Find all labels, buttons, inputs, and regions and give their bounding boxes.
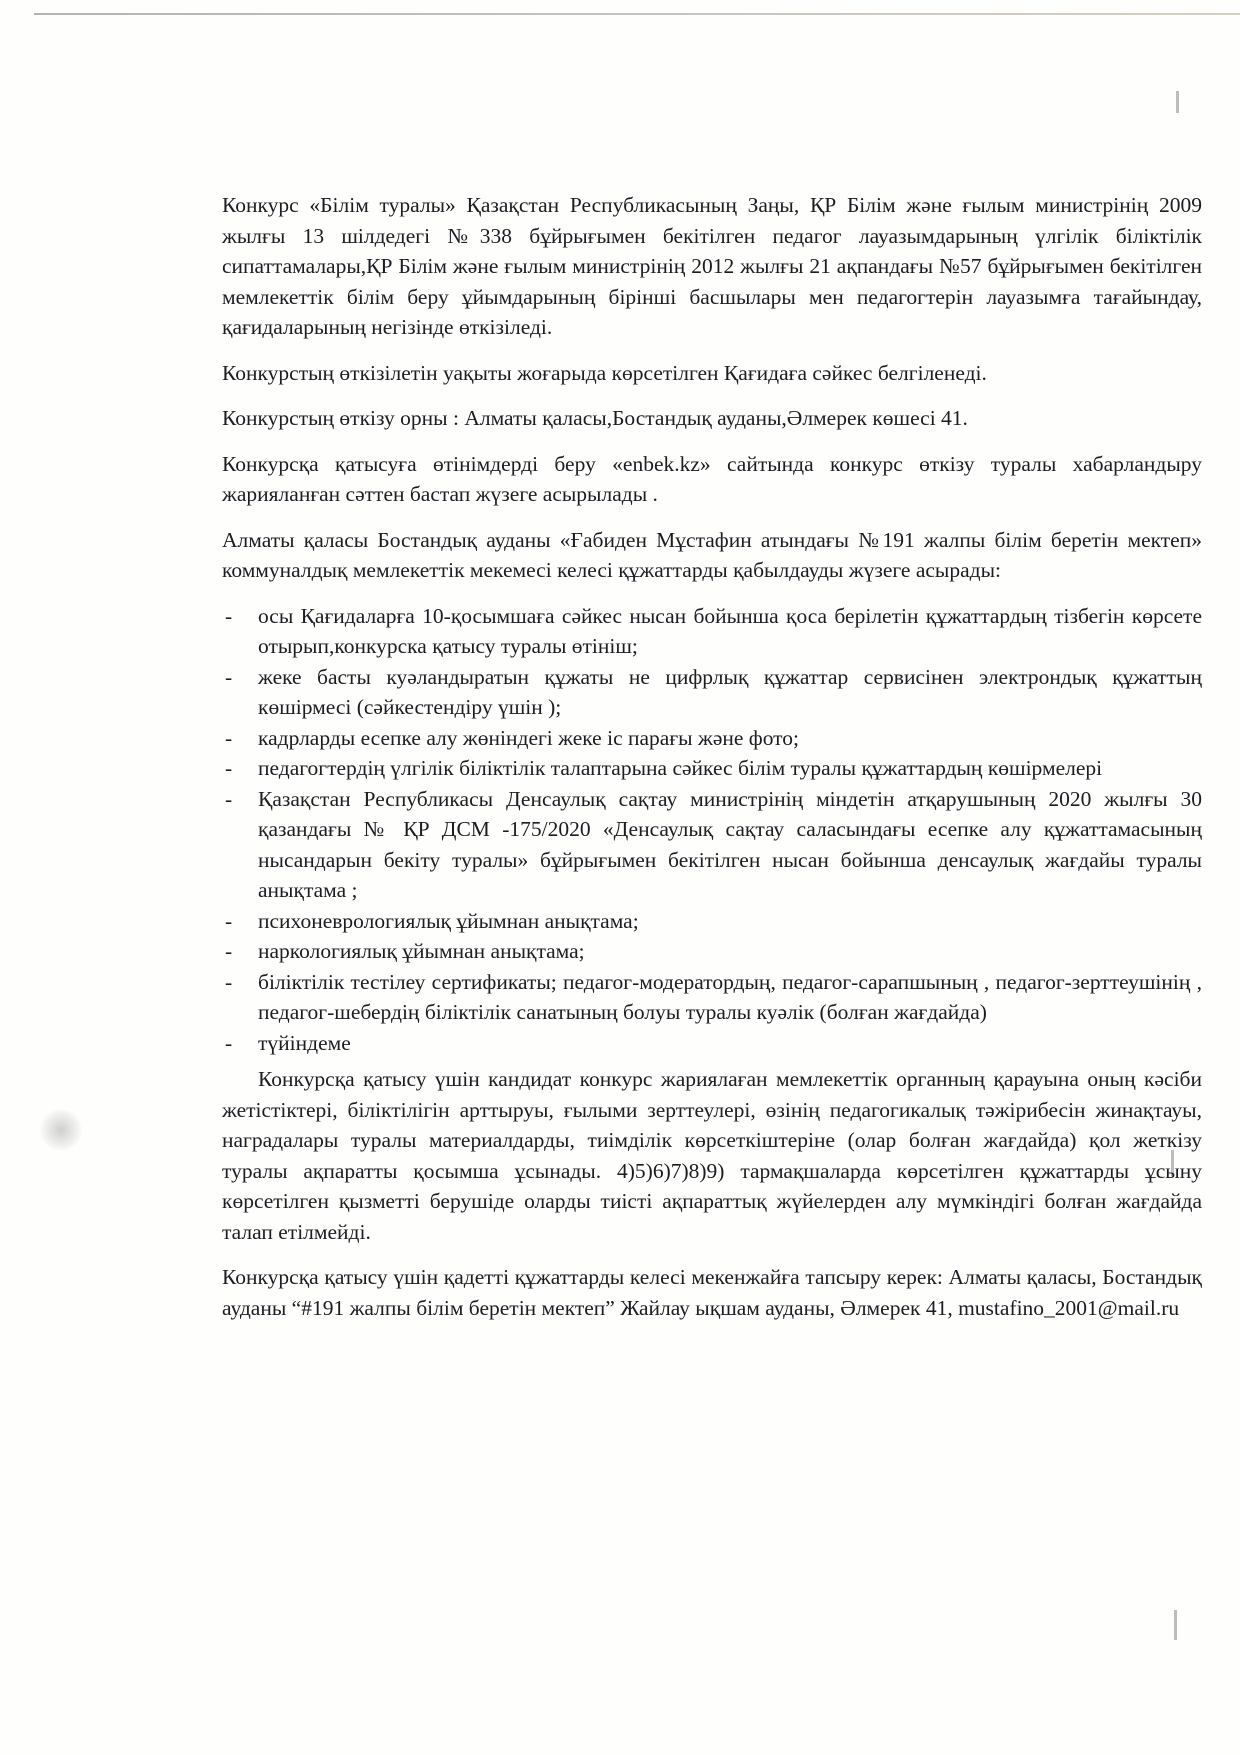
paragraph-institution: Алматы қаласы Бостандық ауданы «Ғабиден … <box>222 525 1202 586</box>
paragraph-intro: Конкурс «Білім туралы» Қазақстан Республ… <box>222 190 1202 343</box>
bullet-dash: - <box>225 601 232 632</box>
list-item: -наркологиялық ұйымнан анықтама; <box>222 936 1202 967</box>
list-item: -Қазақстан Республикасы Денсаулық сақтау… <box>222 784 1202 906</box>
list-item: -кадрларды есепке алу жөніндегі жеке іс … <box>222 723 1202 754</box>
bullet-dash: - <box>225 753 232 784</box>
list-item: -психоневрологиялық ұйымнан анықтама; <box>222 906 1202 937</box>
list-item: -жеке басты куәландыратын құжаты не цифр… <box>222 662 1202 723</box>
bullet-dash: - <box>225 906 232 937</box>
bullet-dash: - <box>225 1028 232 1059</box>
list-item: -осы Қағидаларға 10-қосымшаға сәйкес ныс… <box>222 601 1202 662</box>
list-item-text: жеке басты куәландыратын құжаты не цифрл… <box>258 665 1202 720</box>
scan-mark <box>1174 1610 1177 1640</box>
paragraph-time: Конкурстың өткізілетін уақыты жоғарыда к… <box>222 358 1202 389</box>
paragraph-application: Конкурсқа қатысуға өтінімдерді беру «enb… <box>222 449 1202 510</box>
list-item: -біліктілік тестілеу сертификаты; педаго… <box>222 967 1202 1028</box>
documents-list: -осы Қағидаларға 10-қосымшаға сәйкес ныс… <box>222 601 1202 1059</box>
list-item-text: осы Қағидаларға 10-қосымшаға сәйкес ныса… <box>258 604 1202 659</box>
scanned-page: Конкурс «Білім туралы» Қазақстан Республ… <box>0 0 1240 1755</box>
bullet-dash: - <box>225 662 232 693</box>
scan-mark <box>1176 91 1179 113</box>
bullet-dash: - <box>225 784 232 815</box>
scan-smudge <box>40 1110 82 1150</box>
list-item-text: кадрларды есепке алу жөніндегі жеке іс п… <box>258 726 799 750</box>
list-item-text: наркологиялық ұйымнан анықтама; <box>258 939 585 963</box>
list-item-text: біліктілік тестілеу сертификаты; педагог… <box>258 970 1202 1025</box>
bullet-dash: - <box>225 936 232 967</box>
list-item-text: педагогтердің үлгілік біліктілік талапта… <box>258 756 1102 780</box>
scan-edge-line <box>34 13 1240 15</box>
paragraph-additional: Конкурсқа қатысу үшін кандидат конкурс ж… <box>222 1064 1202 1247</box>
list-item-text: психоневрологиялық ұйымнан анықтама; <box>258 909 639 933</box>
document-body: Конкурс «Білім туралы» Қазақстан Республ… <box>222 190 1202 1338</box>
list-item: -педагогтердің үлгілік біліктілік талапт… <box>222 753 1202 784</box>
paragraph-place: Конкурстың өткізу орны : Алматы қаласы,Б… <box>222 403 1202 434</box>
list-item: -түйіндеме <box>222 1028 1202 1059</box>
bullet-dash: - <box>225 967 232 998</box>
paragraph-address: Конкурсқа қатысу үшін қадетті құжаттарды… <box>222 1262 1202 1323</box>
list-item-text: түйіндеме <box>258 1031 351 1055</box>
list-item-text: Қазақстан Республикасы Денсаулық сақтау … <box>258 787 1202 903</box>
bullet-dash: - <box>225 723 232 754</box>
